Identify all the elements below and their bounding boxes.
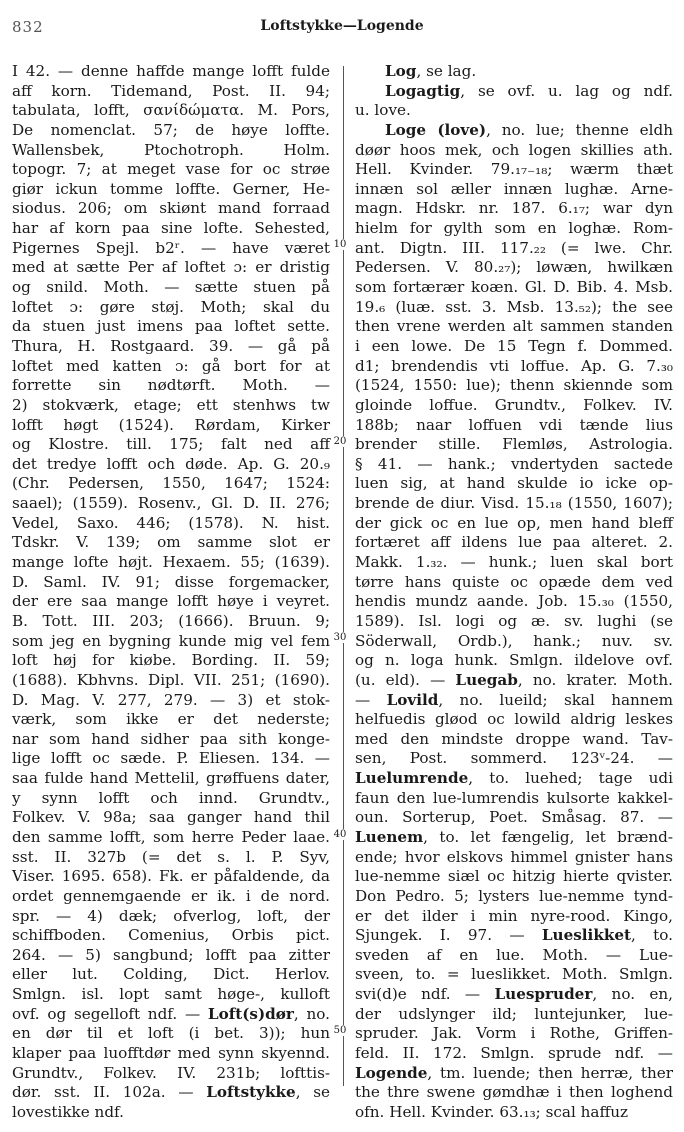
headword: Lovild bbox=[387, 691, 439, 709]
text-line: (Chr. Pedersen, 1550, 1647; 1524: bbox=[12, 474, 330, 494]
text-line: der udslynger ild; luntejunker, lue- bbox=[355, 1005, 673, 1025]
text-line: faun den lue-lumrendis kulsorte kakkel- bbox=[355, 789, 673, 809]
text-line: 2) stokværk, etage; ett stenhws tw bbox=[12, 396, 330, 416]
text-line: Wallensbek, Ptochotroph. Holm. bbox=[12, 141, 330, 161]
headword: Log bbox=[385, 62, 416, 80]
text-line: svi(d)e ndf. — Luespruder, no. en, bbox=[355, 985, 673, 1005]
text-line: 264. — 5) sangbund; lofft paa zitter bbox=[12, 946, 330, 966]
text-line: ant. Digtn. III. 117.₂₂ (= lwe. Chr. bbox=[355, 239, 673, 259]
text-line: dør. sst. II. 102a. — Loftstykke, se bbox=[12, 1083, 330, 1103]
text-line: sveden af en lue. Moth. — Lue- bbox=[355, 946, 673, 966]
text-line: loft høj for kiøbe. Bording. II. 59; bbox=[12, 651, 330, 671]
text-line: og Klostre. till. 175; falt ned aff bbox=[12, 435, 330, 455]
text-line: sst. II. 327b (= det s. l. P. Syv, bbox=[12, 848, 330, 868]
text-line: Tdskr. V. 139; om samme slot er bbox=[12, 533, 330, 553]
text-line: der gick oc en lue op, men hand bleff bbox=[355, 514, 673, 534]
text-line: og snild. Moth. — sætte stuen på bbox=[12, 278, 330, 298]
text-line: loftet ɔ: gøre støj. Moth; skal du bbox=[12, 298, 330, 318]
line-number-20: 20 bbox=[330, 436, 350, 447]
text-line: Pigernes Spejl. b2ʳ. — have været bbox=[12, 239, 330, 259]
text-line: som fortærær koæn. Gl. D. Bib. 4. Msb. bbox=[355, 278, 673, 298]
text-line: Logagtig, se ovf. u. lag og ndf. bbox=[355, 82, 673, 102]
headword: Loft(s)dør bbox=[208, 1005, 294, 1023]
text-line: I 42. — denne haffde mange lofft fulde bbox=[12, 62, 330, 82]
text-line: De nomenclat. 57; de høye loffte. bbox=[12, 121, 330, 141]
right-column: Log, se lag.Logagtig, se ovf. u. lag og … bbox=[355, 62, 673, 1123]
running-title: Loftstykke—Logende bbox=[0, 18, 684, 34]
text-line: mange lofte højt. Hexaem. 55; (1639). bbox=[12, 553, 330, 573]
text-line: ovf. og segelloft ndf. — Loft(s)dør, no. bbox=[12, 1005, 330, 1025]
text-line: Viser. 1695. 658). Fk. er påfaldende, da bbox=[12, 867, 330, 887]
text-line: Folkev. V. 98a; saa ganger hand thil bbox=[12, 808, 330, 828]
text-line: med den mindste droppe wand. Tav- bbox=[355, 730, 673, 750]
text-line: sen, Post. sommerd. 123ᵛ-24. — bbox=[355, 749, 673, 769]
text-line: y synn lofft och innd. Grundtv., bbox=[12, 789, 330, 809]
text-line: Makk. 1.₃₂. — hunk.; luen skal bort bbox=[355, 553, 673, 573]
text-line: (u. eld). — Luegab, no. krater. Moth. bbox=[355, 671, 673, 691]
text-line: sveen, to. = lueslikket. Moth. Smlgn. bbox=[355, 965, 673, 985]
text-line: Luenem, to. let fængelig, let brænd- bbox=[355, 828, 673, 848]
text-line: Luelumrende, to. luehed; tage udi bbox=[355, 769, 673, 789]
text-line: Don Pedro. 5; lysters lue-nemme tynd- bbox=[355, 887, 673, 907]
text-line: Thura, H. Rostgaard. 39. — gå på bbox=[12, 337, 330, 357]
text-line: ofn. Hell. Kvinder. 63.₁₃; scal haffuz bbox=[355, 1103, 673, 1123]
text-line: D. Saml. IV. 91; disse forgemacker, bbox=[12, 573, 330, 593]
text-line: Log, se lag. bbox=[355, 62, 673, 82]
text-line: der ere saa mange lofft høye i veyret. bbox=[12, 592, 330, 612]
text-line: det tredye lofft och døde. Ap. G. 20.₉ bbox=[12, 455, 330, 475]
text-line: og n. loga hunk. Smlgn. ildelove ovf. bbox=[355, 651, 673, 671]
text-line: Grundtv., Folkev. IV. 231b; lofttis- bbox=[12, 1064, 330, 1084]
text-line: fortæret aff ildens lue paa alteret. 2. bbox=[355, 533, 673, 553]
headword: Logende bbox=[355, 1064, 427, 1082]
headword: Logagtig bbox=[385, 82, 460, 100]
text-line: (1688). Kbhvns. Dipl. VII. 251; (1690). bbox=[12, 671, 330, 691]
text-line: siodus. 206; om skiønt mand forraad bbox=[12, 199, 330, 219]
line-number-40: 40 bbox=[330, 829, 350, 840]
text-line: værk, som ikke er det nederste; bbox=[12, 710, 330, 730]
text-line: ende; hvor elskovs himmel gnister hans bbox=[355, 848, 673, 868]
text-line: saa fulde hand Mettelil, grøffuens dater… bbox=[12, 769, 330, 789]
text-line: da stuen just imens paa loftet sette. bbox=[12, 317, 330, 337]
text-line: lofft høgt (1524). Rørdam, Kirker bbox=[12, 416, 330, 436]
text-line: forrette sin nødtørft. Moth. — bbox=[12, 376, 330, 396]
text-line: gloinde loffue. Grundtv., Folkev. IV. bbox=[355, 396, 673, 416]
text-line: Söderwall, Ordb.), hank.; nuv. sv. bbox=[355, 632, 673, 652]
text-line: den samme lofft, som herre Peder laae. bbox=[12, 828, 330, 848]
text-line: saael); (1559). Rosenv., Gl. D. II. 276; bbox=[12, 494, 330, 514]
text-line: spruder. Jak. Vorm i Rothe, Griffen- bbox=[355, 1024, 673, 1044]
headword: Luespruder bbox=[494, 985, 592, 1003]
text-line: u. love. bbox=[355, 101, 673, 121]
text-line: topogr. 7; at meget vase for oc strøe bbox=[12, 160, 330, 180]
headword: Lueslikket bbox=[542, 926, 631, 944]
text-line: helfuedis gløod oc lowild aldrig leskes bbox=[355, 710, 673, 730]
text-line: er det ilder i min nyre-rood. Kingo, bbox=[355, 907, 673, 927]
text-line: § 41. — hank.; vndertyden sactede bbox=[355, 455, 673, 475]
text-line: med at sætte Per af loftet ɔ: er dristig bbox=[12, 258, 330, 278]
line-number-30: 30 bbox=[330, 632, 350, 643]
headword: Luelumrende bbox=[355, 769, 468, 787]
page-header: 832 Loftstykke—Logende bbox=[0, 18, 684, 38]
text-line: Sjungek. I. 97. — Lueslikket, to. bbox=[355, 926, 673, 946]
text-line: 1589). Isl. logi og æ. sv. lughi (se bbox=[355, 612, 673, 632]
text-line: brender stille. Flemløs, Astrologia. bbox=[355, 435, 673, 455]
text-line: lue-nemme siæl oc hitzig hierte qvister. bbox=[355, 867, 673, 887]
text-line: then vrene werden alt sammen standen bbox=[355, 317, 673, 337]
text-line: tabulata, lofft, σανίδώματα. M. Pors, bbox=[12, 101, 330, 121]
text-line: døør hoos mek, och logen skillies ath. bbox=[355, 141, 673, 161]
text-line: Pedersen. V. 80.₂₇); løwæn, hwilkæn bbox=[355, 258, 673, 278]
text-line: Loge (love), no. lue; thenne eldh bbox=[355, 121, 673, 141]
text-line: hielm for gylth som en loghæ. Rom- bbox=[355, 219, 673, 239]
text-line: the thre swene gømdhæ i then loghend bbox=[355, 1083, 673, 1103]
text-line: hendis mundz aande. Job. 15.₃₀ (1550, bbox=[355, 592, 673, 612]
text-line: ordet gennemgaende er ik. i de nord. bbox=[12, 887, 330, 907]
text-line: eller lut. Colding, Dict. Herlov. bbox=[12, 965, 330, 985]
text-line: luen sig, at hand skulde io icke op- bbox=[355, 474, 673, 494]
text-line: lige lofft oc sæde. P. Eliesen. 134. — bbox=[12, 749, 330, 769]
text-line: B. Tott. III. 203; (1666). Bruun. 9; bbox=[12, 612, 330, 632]
text-line: som jeg en bygning kunde mig vel fem bbox=[12, 632, 330, 652]
column-divider bbox=[343, 66, 344, 1086]
text-line: oun. Sorterup, Poet. Småsag. 87. — bbox=[355, 808, 673, 828]
headword: Loge (love) bbox=[385, 121, 486, 139]
text-line: — Lovild, no. lueild; skal hannem bbox=[355, 691, 673, 711]
text-line: aff korn. Tidemand, Post. II. 94; bbox=[12, 82, 330, 102]
text-line: nar som hand sidher paa sith konge- bbox=[12, 730, 330, 750]
text-line: en dør til et loft (i bet. 3)); hun bbox=[12, 1024, 330, 1044]
text-line: loftet med katten ɔ: gå bort for at bbox=[12, 357, 330, 377]
text-line: 188b; naar loffuen vdi tænde lius bbox=[355, 416, 673, 436]
text-line: tørre hans quiste oc opæde dem ved bbox=[355, 573, 673, 593]
line-number-50: 50 bbox=[330, 1025, 350, 1036]
text-line: Hell. Kvinder. 79.₁₇₋₁₈; wærm thæt bbox=[355, 160, 673, 180]
text-line: klaper paa luofftdør med synn skyennd. bbox=[12, 1044, 330, 1064]
text-line: Logende, tm. luende; then herræ, ther bbox=[355, 1064, 673, 1084]
text-line: Vedel, Saxo. 446; (1578). N. hist. bbox=[12, 514, 330, 534]
headword: Luegab bbox=[455, 671, 517, 689]
text-line: D. Mag. V. 277, 279. — 3) et stok- bbox=[12, 691, 330, 711]
text-line: schiffboden. Comenius, Orbis pict. bbox=[12, 926, 330, 946]
line-number-10: 10 bbox=[330, 239, 350, 250]
text-line: har af korn paa sine lofte. Sehested, bbox=[12, 219, 330, 239]
left-column: I 42. — denne haffde mange lofft fuldeaf… bbox=[12, 62, 330, 1123]
text-line: giør ickun tomme loffte. Gerner, He- bbox=[12, 180, 330, 200]
text-line: lovestikke ndf. bbox=[12, 1103, 330, 1123]
text-line: feld. II. 172. Smlgn. sprude ndf. — bbox=[355, 1044, 673, 1064]
text-line: Smlgn. isl. lopt samt høge-, kulloft bbox=[12, 985, 330, 1005]
text-line: 19.₆ (luæ. sst. 3. Msb. 13.₅₂); the see bbox=[355, 298, 673, 318]
text-line: d1; brendendis vti loffue. Ap. G. 7.₃₀ bbox=[355, 357, 673, 377]
headword: Loftstykke bbox=[206, 1083, 295, 1101]
text-line: innæn sol æller innæn lughæ. Arne- bbox=[355, 180, 673, 200]
text-line: i een lowe. De 15 Tegn f. Dommed. bbox=[355, 337, 673, 357]
text-line: (1524, 1550: lue); thenn skiennde som bbox=[355, 376, 673, 396]
text-line: spr. — 4) dæk; ofverlog, loft, der bbox=[12, 907, 330, 927]
headword: Luenem bbox=[355, 828, 423, 846]
text-line: magn. Hdskr. nr. 187. 6.₁₇; war dyn bbox=[355, 199, 673, 219]
text-line: brende de diur. Visd. 15.₁₈ (1550, 1607)… bbox=[355, 494, 673, 514]
